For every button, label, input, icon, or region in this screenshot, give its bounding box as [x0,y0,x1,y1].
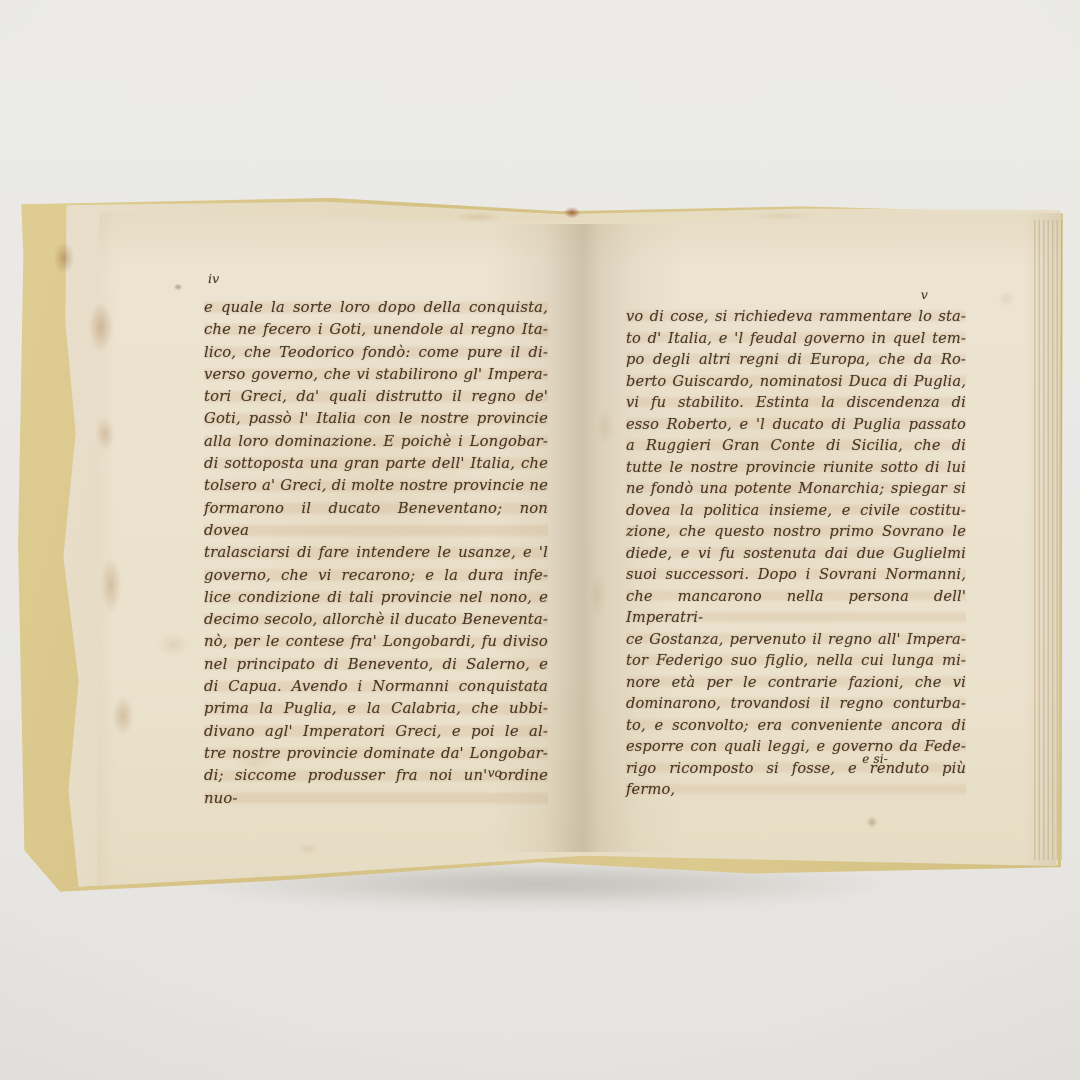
text-line: prima la Puglia, e la Calabria, che ubbi… [204,698,548,720]
text-line: zione, che questo nostro primo Sovrano l… [626,521,966,543]
text-line: a Ruggieri Gran Conte di Sicilia, che di [626,435,966,457]
foxing-stain [108,688,138,744]
right-fore-edge-pages [1034,220,1062,860]
text-line: po degli altri regni di Europa, che da R… [626,349,966,371]
foxing-stain [592,400,618,452]
text-line: alla loro dominazione. E poichè i Longob… [204,431,548,453]
foxing-stain [92,410,118,458]
text-line: Goti, passò l' Italia con le nostre prov… [204,408,548,430]
foxing-stain [96,545,126,625]
text-line: berto Guiscardo, nominatosi Duca di Pugl… [626,371,966,393]
text-line: tre nostre provincie dominate da' Longob… [204,743,548,765]
text-line: to d' Italia, e 'l feudal governo in que… [626,328,966,350]
book-photo: iv e quale la sorte loro dopo della conq… [0,0,1080,1080]
text-line: ce Gostanza, pervenuto il regno all' Imp… [626,629,966,651]
foxing-stain [84,292,118,362]
text-line: dominarono, trovandosi il regno conturba… [626,693,966,715]
text-line: di Capua. Avendo i Normanni conquistata [204,676,548,698]
foxing-stain [290,840,326,858]
left-page-catchword: vo [204,766,548,780]
text-line: nò, per le contese fra' Longobardi, fu d… [204,631,548,653]
text-line: formarono il ducato Beneventano; non dov… [204,498,548,543]
text-line: verso governo, che vi stabilirono gl' Im… [204,364,548,386]
text-line: tor Federigo suo figlio, nella cui lunga… [626,650,966,672]
text-line: che ne fecero i Goti, unendole al regno … [204,319,548,341]
left-page-text: e quale la sorte loro dopo della conquis… [204,297,548,810]
text-line: e quale la sorte loro dopo della conquis… [204,297,548,319]
text-line: lico, che Teodorico fondò: come pure il … [204,342,548,364]
text-line: tori Greci, da' quali distrutto il regno… [204,386,548,408]
text-line: lice condizione di tali provincie nel no… [204,587,548,609]
foxing-stain [172,282,184,292]
text-line: governo, che vi recarono; e la dura infe… [204,565,548,587]
text-line: esso Roberto, e 'l ducato di Puglia pass… [626,414,966,436]
text-line: decimo secolo, allorchè il ducato Beneve… [204,609,548,631]
text-line: nore età per le contrarie fazioni, che v… [626,672,966,694]
text-line: tutte le nostre provincie riunite sotto … [626,457,966,479]
right-page-text: vo di cose, si richiedeva rammentare lo … [626,306,966,801]
foxing-stain [864,814,880,830]
text-line: to, e sconvolto; era conveniente ancora … [626,715,966,737]
foxing-stain [740,210,824,222]
left-page-number: iv [208,271,552,286]
text-line: diede, e vi fu sostenuta dai due Gugliel… [626,543,966,565]
text-line: suoi successori. Dopo i Sovrani Normanni… [626,564,966,586]
foxing-stain [150,628,196,662]
foxing-stain [995,288,1017,310]
text-line: che mancarono nella persona dell' Impera… [626,586,966,629]
right-page-number: v [626,287,966,302]
text-line: ne fondò una potente Monarchia; spiegar … [626,478,966,500]
text-line: vi fu stabilito. Estinta la discendenza … [626,392,966,414]
foxing-stain [50,236,78,280]
spine-top-mark [560,205,584,222]
text-line: di sottoposta una gran parte dell' Itali… [204,453,548,475]
text-line: divano agl' Imperatori Greci, e poi le a… [204,721,548,743]
foxing-stain [586,560,610,630]
text-line: vo di cose, si richiedeva rammentare lo … [626,306,966,328]
right-page-catchword: e si- [626,752,966,766]
text-line: dovea la politica insieme, e civile cost… [626,500,966,522]
foxing-stain [446,210,510,224]
text-line: tolsero a' Greci, di molte nostre provin… [204,475,548,497]
text-line: tralasciarsi di fare intendere le usanze… [204,542,548,564]
text-line: nel principato di Benevento, di Salerno,… [204,654,548,676]
